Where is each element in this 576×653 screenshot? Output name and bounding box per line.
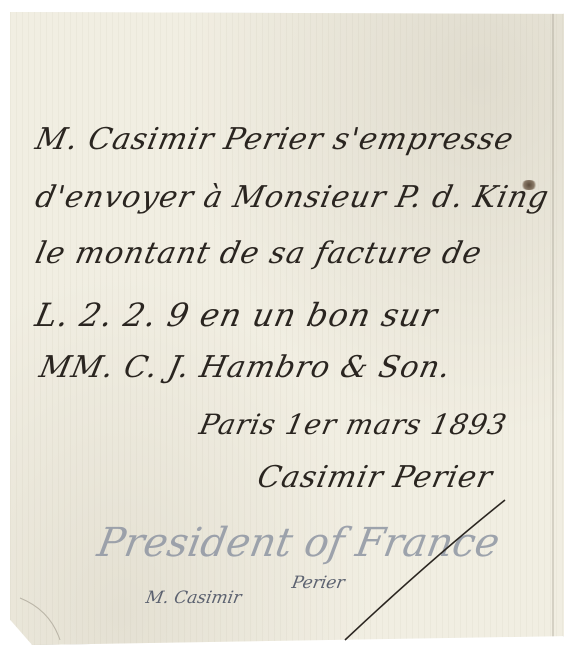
- pencil-annotation-name-right: Perier: [290, 573, 346, 593]
- letter-line-5: MM. C. J. Hambro & Son.: [36, 350, 454, 385]
- letter-line-4: L. 2. 2. 9 en un bon sur: [32, 296, 442, 334]
- pencil-annotation-name-left: M. Casimir: [144, 588, 243, 608]
- paper-edge: [552, 12, 554, 645]
- letter-line-1: M. Casimir Perier s'empresse: [32, 122, 517, 157]
- letter-line-3: le montant de sa facture de: [32, 236, 485, 271]
- letter-line-2: d'envoyer à Monsieur P. d. King: [32, 180, 552, 215]
- dateline: Paris 1er mars 1893: [196, 408, 510, 441]
- signature: Casimir Perier: [254, 460, 496, 495]
- pencil-annotation-title: President of France: [94, 520, 503, 566]
